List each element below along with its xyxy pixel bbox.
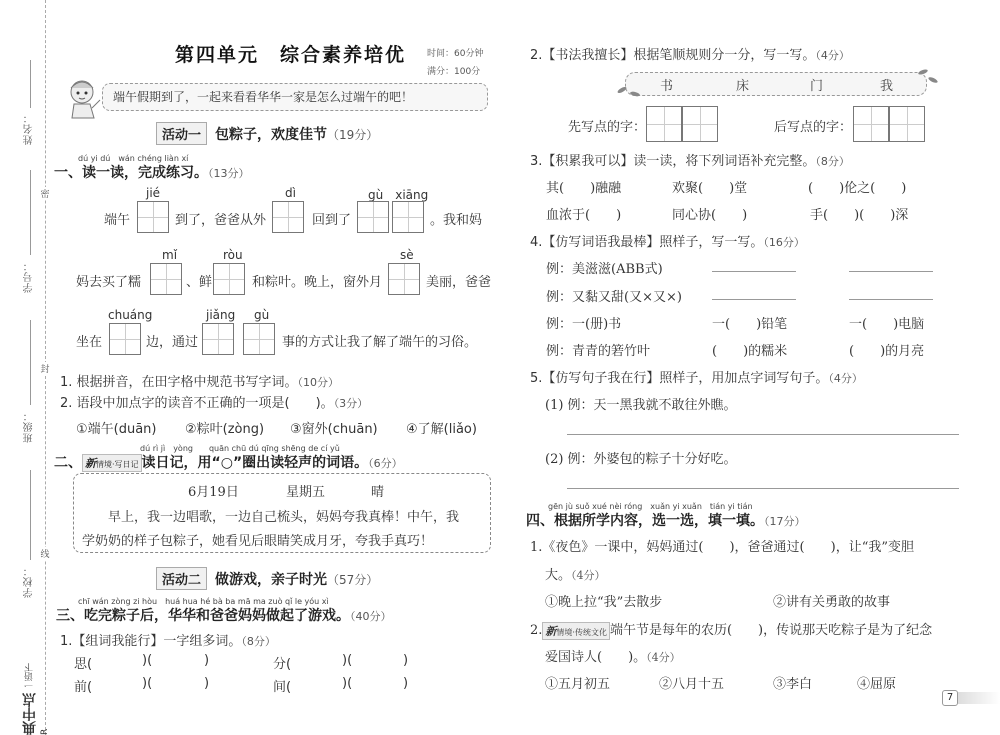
section-four-question-1-line1: 1.《夜色》一课中，妈妈通过( )，爸爸通过( )，让“我”变胆 [530, 536, 914, 555]
diary-line-2[interactable]: 学奶奶的样子包粽子，她看见后眼睛笑成月牙，夸我手真巧！ [82, 530, 433, 549]
q2-option-3[interactable]: ③李白 [773, 673, 812, 692]
tianzige-di[interactable] [272, 201, 304, 233]
leaf-decoration-icon [928, 76, 939, 84]
idiom-6[interactable]: 手( )( )深 [810, 204, 908, 223]
word-fen[interactable]: 分( [273, 653, 291, 672]
line1-text-4: 。我和妈 [430, 209, 482, 228]
answer-line-abb-2[interactable] [849, 271, 933, 272]
answer-line-abb-1[interactable] [712, 271, 796, 272]
example-adjective: 例：青青的箬竹叶 [546, 340, 650, 359]
word-si[interactable]: 思( [74, 653, 92, 672]
option-2[interactable]: ②粽叶(zòng) [185, 418, 264, 437]
seal-mi: 密 [38, 187, 52, 200]
word-jian-3: ) [403, 676, 408, 691]
page-title: 第四单元 综合素养培优 [175, 40, 406, 67]
char-men: 门 [810, 75, 823, 94]
tianzige-mi[interactable] [150, 263, 182, 295]
example-youxyoux: 例：又黏又甜(又×又×) [546, 286, 682, 305]
student-id-field[interactable] [30, 170, 31, 255]
section-four-question-2-line2: 爱国诗人( )。（4分） [545, 646, 681, 665]
line1-text-3: 回到了 [312, 209, 351, 228]
option-3[interactable]: ③窗外(chuān) [290, 418, 378, 437]
activity-two-tag: 活动二 [156, 567, 207, 590]
tianzige-chuang[interactable] [109, 323, 141, 355]
measure-computer[interactable]: 一( )电脑 [849, 313, 924, 332]
word-qian-3: ) [204, 676, 209, 691]
tianzige-gu[interactable] [357, 201, 389, 233]
activity-one-points: （19分） [327, 128, 378, 142]
line3-text-3: 事的方式让我了解了端午的习俗。 [282, 331, 477, 350]
q2-option-2[interactable]: ②八月十五 [659, 673, 724, 692]
pinyin-rou: ròu [223, 248, 243, 262]
section-one-question-1: 1. 根据拼音，在田字格中规范书写字词。（10分） [60, 371, 339, 390]
section-four-question-1-line2: 大。（4分） [545, 564, 606, 583]
first-dot-label: 先写点的字： [568, 116, 646, 135]
word-si-2[interactable]: )( [142, 653, 152, 668]
section-three-question-1: 1.【组词我能行】一字组多词。（8分） [60, 630, 276, 649]
sentence-answer-line-2[interactable] [567, 488, 959, 489]
mascot-icon [62, 74, 106, 120]
idiom-5[interactable]: 同心协( ) [672, 204, 747, 223]
line1-text-2: 到了，爸爸从外 [175, 209, 266, 228]
example-abb: 例：美滋滋(ABB式) [546, 258, 663, 277]
tianzige-se[interactable] [388, 263, 420, 295]
section-two-title: 二、新情境·写日记读日记，用“○”圈出读轻声的词语。（6分） [54, 452, 403, 472]
word-si-3: ) [204, 653, 209, 668]
activity-two-title: 做游戏，亲子时光 [215, 572, 327, 588]
word-qian[interactable]: 前( [74, 676, 92, 695]
adjective-rice[interactable]: ( )的糯米 [712, 340, 787, 359]
line2-text-2: 、鲜 [186, 271, 212, 290]
sentence-example-2: (2) 例：外婆包的粽子十分好吃。 [545, 448, 737, 467]
word-jian[interactable]: 间( [273, 676, 291, 695]
idiom-3[interactable]: ( )伦之( ) [808, 177, 906, 196]
section-three-question-2: 2.【书法我擅长】根据笔顺规则分一分，写一写。（4分） [530, 44, 850, 63]
word-jian-2[interactable]: )( [342, 676, 352, 691]
idiom-2[interactable]: 欢聚( )堂 [672, 177, 747, 196]
q1-option-1[interactable]: ①晚上拉“我”去散步 [545, 591, 662, 610]
full-score: 满分：100分 [427, 64, 480, 77]
tianzige-xiang[interactable] [392, 201, 424, 233]
brand-name: 典中点 [22, 693, 38, 735]
activity-two-header: 活动二做游戏，亲子时光（57分） [156, 567, 378, 590]
measure-pencil[interactable]: 一( )铅笔 [712, 313, 787, 332]
later-dot-box-1[interactable] [853, 106, 889, 142]
sentence-example-1: (1) 例：天一黑我就不敢往外瞧。 [545, 394, 737, 413]
line2-text-1: 妈去买了糯 [76, 271, 141, 290]
intro-speech-bubble: 端午假期到了，一起来看看华华一家是怎么过端午的吧！ [102, 83, 488, 111]
school-label: 学校： [22, 565, 37, 598]
line3-text-2: 边，通过 [146, 331, 198, 350]
adjective-moon[interactable]: ( )的月亮 [849, 340, 924, 359]
class-label: 班级： [22, 410, 37, 443]
activity-one-header: 活动一包粽子，欢度佳节（19分） [156, 122, 378, 145]
diary-date: 6月19日 [188, 481, 239, 500]
activity-one-tag: 活动一 [156, 122, 207, 145]
section-four-question-2-line1: 2.新情境·传统文化端午节是每年的农历( )，传说那天吃粽子是为了纪念 [530, 619, 932, 640]
section-four-title: 四、根据所学内容，选一选，填一填。（17分） [526, 510, 806, 530]
name-label: 姓名： [22, 112, 37, 145]
example-measure-word: 例：一(册)书 [546, 313, 621, 332]
brand-logo: 典中点 一语下 R [20, 655, 50, 735]
activity-one-title: 包粽子，欢度佳节 [215, 127, 327, 143]
pinyin-se: sè [400, 248, 414, 262]
traditional-culture-badge: 新情境·传统文化 [542, 622, 610, 640]
word-qian-2[interactable]: )( [142, 676, 152, 691]
page-tab-decoration [958, 692, 1000, 704]
word-fen-2[interactable]: )( [342, 653, 352, 668]
sentence-answer-line-1[interactable] [567, 434, 959, 435]
tianzige-gu2[interactable] [243, 323, 275, 355]
tianzige-jiang[interactable] [202, 323, 234, 355]
tianzige-rou[interactable] [213, 263, 245, 295]
later-dot-box-2[interactable] [889, 106, 925, 142]
line1-text-1: 端午 [104, 209, 130, 228]
pinyin-mi: mǐ [162, 248, 177, 262]
first-dot-box-2[interactable] [682, 106, 718, 142]
option-1[interactable]: ①端午(duān) [76, 418, 157, 437]
name-field[interactable] [30, 60, 31, 108]
line3-text-1: 坐在 [76, 331, 102, 350]
option-4[interactable]: ④了解(liǎo) [406, 418, 477, 437]
seal-feng: 封 [38, 362, 52, 375]
diary-weather: 晴 [371, 481, 384, 500]
answer-line-yx-1[interactable] [712, 299, 796, 300]
q2-option-1[interactable]: ①五月初五 [545, 673, 610, 692]
pinyin-gu2: gù [254, 308, 269, 322]
tianzige-jie[interactable] [137, 201, 169, 233]
seal-xian: 线 [38, 547, 52, 560]
school-field[interactable] [30, 470, 31, 560]
diary-weekday: 星期五 [286, 481, 325, 500]
char-chuang: 床 [736, 75, 749, 94]
char-wo: 我 [880, 75, 893, 94]
section-three-question-5: 5.【仿写句子我在行】照样子，用加点字词写句子。（4分） [530, 367, 863, 386]
later-dot-label: 后写点的字： [774, 116, 852, 135]
stroke-order-chars-box: 书 床 门 我 [625, 72, 927, 96]
activity-two-points: （57分） [327, 573, 378, 587]
class-field[interactable] [30, 320, 31, 405]
char-shu: 书 [660, 75, 673, 94]
word-fen-3: ) [403, 653, 408, 668]
section-three-title: 三、吃完粽子后，华华和爸爸妈妈做起了游戏。（40分） [56, 605, 392, 625]
answer-line-yx-2[interactable] [849, 299, 933, 300]
section-three-question-3: 3.【积累我可以】读一读，将下列词语补充完整。（8分） [530, 150, 850, 169]
q1-option-2[interactable]: ②讲有关勇敢的故事 [773, 591, 890, 610]
section-one-title: 一、读一读，完成练习。（13分） [54, 162, 250, 182]
section-three-question-4: 4.【仿写词语我最棒】照样子，写一写。（16分） [530, 231, 805, 250]
line2-text-3: 和粽叶。晚上，窗外月 [252, 271, 382, 290]
pinyin-jie: jié [146, 186, 160, 200]
diary-line-1[interactable]: 早上，我一边唱歌，一边自己梳头，妈妈夸我真棒！中午，我 [108, 506, 459, 525]
page-number: 7 [942, 690, 958, 706]
pinyin-chuang: chuáng [108, 308, 152, 322]
student-id-label: 学号： [22, 260, 37, 293]
idiom-4[interactable]: 血浓于( ) [546, 204, 621, 223]
idiom-1[interactable]: 其( )融融 [546, 177, 621, 196]
section-one-question-2: 2. 语段中加点字的读音不正确的一项是( )。（3分） [60, 392, 368, 411]
pinyin-jiang: jiǎng [206, 308, 235, 322]
new-context-badge: 新情境·写日记 [82, 454, 142, 472]
line2-text-4: 美丽，爸爸 [426, 271, 491, 290]
q2-option-4[interactable]: ④屈原 [857, 673, 896, 692]
first-dot-box-1[interactable] [646, 106, 682, 142]
time-limit: 时间：60分钟 [427, 46, 483, 59]
pinyin-di: dì [285, 186, 296, 200]
